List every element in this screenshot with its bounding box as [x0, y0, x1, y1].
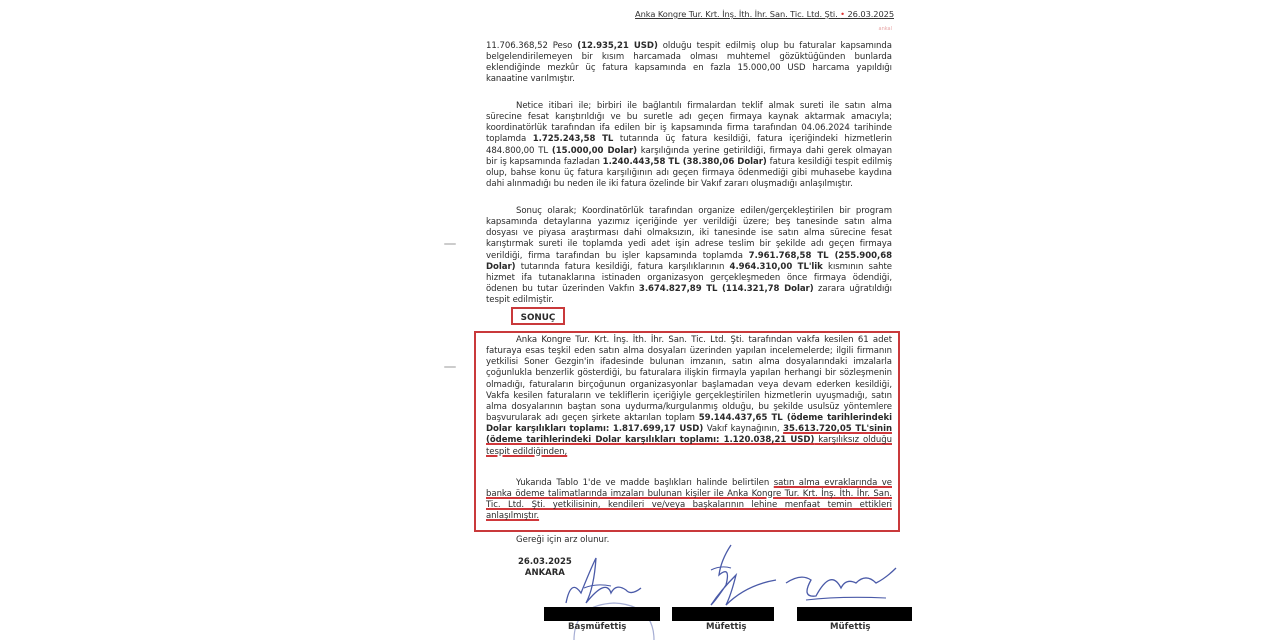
paragraph-2: Netice itibari ile; birbiri ile bağlantı… — [486, 101, 892, 190]
paragraph-final: Yukarıda Tablo 1'de ve madde başlıkları … — [486, 478, 892, 523]
scan-artifact — [444, 366, 456, 368]
scan-artifact — [444, 243, 456, 245]
signatory-role-2: Müfettiş — [706, 622, 747, 632]
text: Anka Kongre Tur. Krt. İnş. İth. İhr. San… — [486, 335, 892, 423]
redacted-name-2 — [672, 607, 774, 621]
amount: (15.000,00 Dolar) — [552, 146, 637, 156]
section-title-sonuc: SONUÇ — [511, 307, 565, 325]
redacted-name-1 — [544, 607, 660, 621]
amount: 1.240.443,58 TL (38.380,06 Dolar) — [603, 157, 767, 167]
closing-text: Gereği için arz olunur. — [516, 535, 609, 545]
header-company: Anka Kongre Tur. Krt. İnş. İth. İhr. San… — [635, 9, 840, 19]
page-header: Anka Kongre Tur. Krt. İnş. İth. İhr. San… — [635, 9, 894, 19]
amount: (12.935,21 USD) — [577, 41, 658, 51]
text: Yukarıda Tablo 1'de ve madde başlıkları … — [516, 478, 774, 488]
document-page: Anka Kongre Tur. Krt. İnş. İth. İhr. San… — [486, 0, 892, 640]
signature-2-icon — [691, 540, 781, 610]
header-stamp: ankal — [879, 26, 893, 32]
paragraph-1: 11.706.368,52 Peso (12.935,21 USD) olduğ… — [486, 41, 892, 86]
amount: 4.964.310,00 TL'lik — [730, 262, 823, 272]
text: 11.706.368,52 Peso — [486, 41, 577, 51]
signatory-role-1: Başmüfettiş — [568, 622, 626, 632]
amount: 3.674.827,89 TL (114.321,78 Dolar) — [639, 284, 814, 294]
signatory-role-3: Müfettiş — [830, 622, 871, 632]
amount: 1.725.243,58 TL — [533, 134, 614, 144]
signature-3-icon — [781, 558, 901, 608]
redacted-name-3 — [797, 607, 912, 621]
text: tutarında fatura kesildiği, fatura karşı… — [516, 262, 730, 272]
header-date: 26.03.2025 — [845, 9, 894, 19]
signature-1-icon — [556, 548, 646, 608]
text: Vakıf kaynağının, — [703, 424, 783, 434]
paragraph-conclusion: Anka Kongre Tur. Krt. İnş. İth. İhr. San… — [486, 335, 892, 458]
paragraph-3: Sonuç olarak; Koordinatörlük tarafından … — [486, 206, 892, 306]
